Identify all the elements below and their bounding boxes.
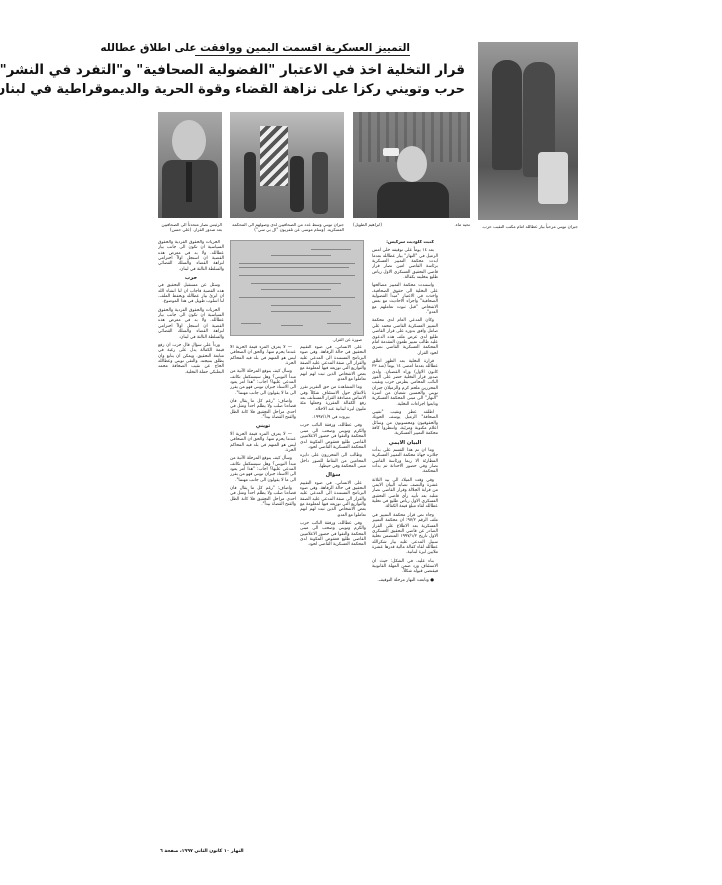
paragraph: وطالب الى المحررون على دايره المحامين من… xyxy=(300,453,366,469)
paragraph: واضاف: "رغم كل ما يقال فان قضاءنا صلب ول… xyxy=(230,399,296,420)
caption-embrace: جبران تويني مرحباً بيار عطالله امام مكتب… xyxy=(478,224,578,229)
headline-line-1: قرار التخلية اخذ في الاعتبار "الفضولية ا… xyxy=(150,62,465,78)
caption-street: جبران تويني وسط عدد من الصحافيين لدى وصو… xyxy=(230,222,344,232)
photo-embrace xyxy=(478,42,578,220)
paragraph: وكان المدعي العام لدى محكمة التمييز العس… xyxy=(372,318,438,355)
caption-photo-credit: (ابراهيم الطويل) xyxy=(353,222,393,227)
paragraph: وسأل كيف يتوقع المرحلة الآتية من مبدأ ال… xyxy=(230,456,296,483)
caption-drinking: تحية ماء. xyxy=(430,222,470,227)
article-column-3: — لا يعرف المرء قيمة الحرية الا عندما يح… xyxy=(230,345,296,840)
page-footer: النهار ١٠ كانون الثاني ١٩٩٧، صفحة ٦ xyxy=(160,849,244,854)
paragraph: بيروت في ١٩٩٧/١/٩. xyxy=(300,415,366,420)
paragraph: اطلقه عطر ونقيب "نقيبي الصحافة" الزميل ي… xyxy=(372,410,438,437)
headline-kicker: التمييز العسكرية اقسمت اليمين ووافقت على… xyxy=(195,42,410,56)
subheading: البيان الايمي xyxy=(372,441,438,446)
article-column-1: كتبت كلوديت سركيس: بعد ١٤ يوماً على توقي… xyxy=(372,240,438,840)
paragraph: الحريات والحقوق الفردية والحقوق السياسية… xyxy=(158,240,224,272)
caption-document: صورة عن القرار. xyxy=(230,337,362,342)
paragraph: — لا يعرف المرء قيمة الحرية الا عندما يح… xyxy=(230,345,296,366)
paragraph: وفي عطالله، ورفقة النائب حرب والكرم وتوي… xyxy=(300,521,366,548)
paragraph: وفي عطالله، ورفقة النائب حرب والكرم وتوي… xyxy=(300,423,366,450)
subheading: سؤال xyxy=(300,473,366,478)
article-column-4: الحريات والحقوق الفردية والحقوق السياسية… xyxy=(158,240,224,620)
byline: كتبت كلوديت سركيس: xyxy=(372,240,438,245)
paragraph: وجاء نص قرار محكمة التمييز في ملف الرقم … xyxy=(372,513,438,556)
paragraph: الحريات والحقوق الفردية والحقوق السياسية… xyxy=(158,308,224,340)
paragraph: وما ان تم هذا القسم على بدأت جلاثره جهاة… xyxy=(372,448,438,475)
paragraph: بعد ١٤ يوماً على توقيفه خلي امس الزميل ف… xyxy=(372,248,438,280)
paragraph: على الانساني. في ضوء التقييم التحقيق في … xyxy=(300,345,366,382)
paragraph: واضاف: "رغم كل ما يقال فان قضاءنا صلب ول… xyxy=(230,486,296,507)
paragraph: — لا يعرف المرء قيمة الحرية الا عندما يح… xyxy=(230,432,296,453)
paragraph: على الانساني. في ضوء التقييم التحقيق في … xyxy=(300,481,366,518)
paragraph: ● وتابعت النهار مرحلة التوقيف. xyxy=(372,578,438,583)
subheading: حرب xyxy=(158,276,224,281)
paragraph: وسأل كيف يتوقع المرحلة الآتية من مبدأ ال… xyxy=(230,369,296,396)
paragraph: ورداً على سؤال قال حرب ان رفع قيمة الكفا… xyxy=(158,343,224,375)
paragraph: وسئل عن مستقبل التحقيق في هذه القضية فاج… xyxy=(158,283,224,304)
photo-portrait xyxy=(158,112,222,218)
article-column-2: على الانساني. في ضوء التقييم التحقيق في … xyxy=(300,345,366,840)
subheading: تويني xyxy=(230,424,296,429)
paragraph: واستندت محكمة التمييز مصالحها على التخلي… xyxy=(372,283,438,315)
headline-line-2: حرب وتويني ركزا على نزاهة القضاء وقوة ال… xyxy=(150,82,465,97)
paragraph: بناء عليه، في الشكل: حيث ان الاستئناف ور… xyxy=(372,559,438,575)
paragraph: وفي وقت الميلاد الى بيد الثلاثة عشرة وال… xyxy=(372,478,438,510)
paragraph: قرارة التخلية بعد الظهر اطلق عطالله بعدم… xyxy=(372,359,438,407)
photo-drinking xyxy=(353,112,470,218)
photo-street xyxy=(230,112,344,218)
caption-portrait: الرئيس نصار متحدثاً الى الصحافيين بعد صد… xyxy=(158,222,222,232)
court-decision-document xyxy=(230,240,364,336)
paragraph: وما المشاهدة من حق التقرير تقرر بالاتفاق… xyxy=(300,385,366,412)
